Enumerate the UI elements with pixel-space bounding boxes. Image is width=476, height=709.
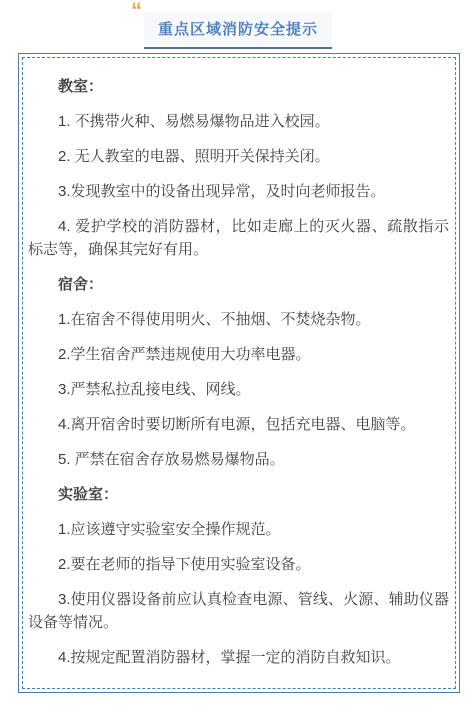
list-item: 3.严禁私拉乱接电线、网线。 xyxy=(28,378,449,401)
list-item: 1.在宿舍不得使用明火、不抽烟、不焚烧杂物。 xyxy=(28,308,449,331)
list-item: 2.要在老师的指导下使用实验室设备。 xyxy=(28,553,449,576)
content-panel: 教室： 1. 不携带火种、易燃易爆物品进入校园。 2. 无人教室的电器、照明开关… xyxy=(18,53,460,693)
section-heading-dormitory: 宿舍： xyxy=(28,273,449,296)
section-heading-laboratory: 实验室： xyxy=(28,483,449,506)
list-item: 1.应该遵守实验室安全操作规范。 xyxy=(28,518,449,541)
page-title: 重点区域消防安全提示 xyxy=(158,21,318,38)
title-box: “ 重点区域消防安全提示 xyxy=(144,12,332,49)
list-item: 5. 严禁在宿舍存放易燃易爆物品。 xyxy=(28,448,449,471)
list-item: 4.离开宿舍时要切断所有电源，包括充电器、电脑等。 xyxy=(28,413,449,436)
section-heading-classroom: 教室： xyxy=(28,75,449,98)
page: “ 重点区域消防安全提示 教室： 1. 不携带火种、易燃易爆物品进入校园。 2.… xyxy=(0,0,476,709)
list-item: 3.发现教室中的设备出现异常，及时向老师报告。 xyxy=(28,180,449,203)
list-item: 2. 无人教室的电器、照明开关保持关闭。 xyxy=(28,145,449,168)
list-item: 3.使用仪器设备前应认真检查电源、管线、火源、辅助仪器设备等情况。 xyxy=(28,588,449,634)
list-item: 4.按规定配置消防器材，掌握一定的消防自救知识。 xyxy=(28,646,449,669)
header: “ 重点区域消防安全提示 xyxy=(0,0,476,49)
content-inner-border: 教室： 1. 不携带火种、易燃易爆物品进入校园。 2. 无人教室的电器、照明开关… xyxy=(22,57,456,689)
quote-icon: “ xyxy=(131,0,140,22)
list-item: 2.学生宿舍严禁违规使用大功率电器。 xyxy=(28,343,449,366)
list-item: 1. 不携带火种、易燃易爆物品进入校园。 xyxy=(28,110,449,133)
list-item: 4. 爱护学校的消防器材，比如走廊上的灭火器、疏散指示标志等，确保其完好有用。 xyxy=(28,215,449,261)
